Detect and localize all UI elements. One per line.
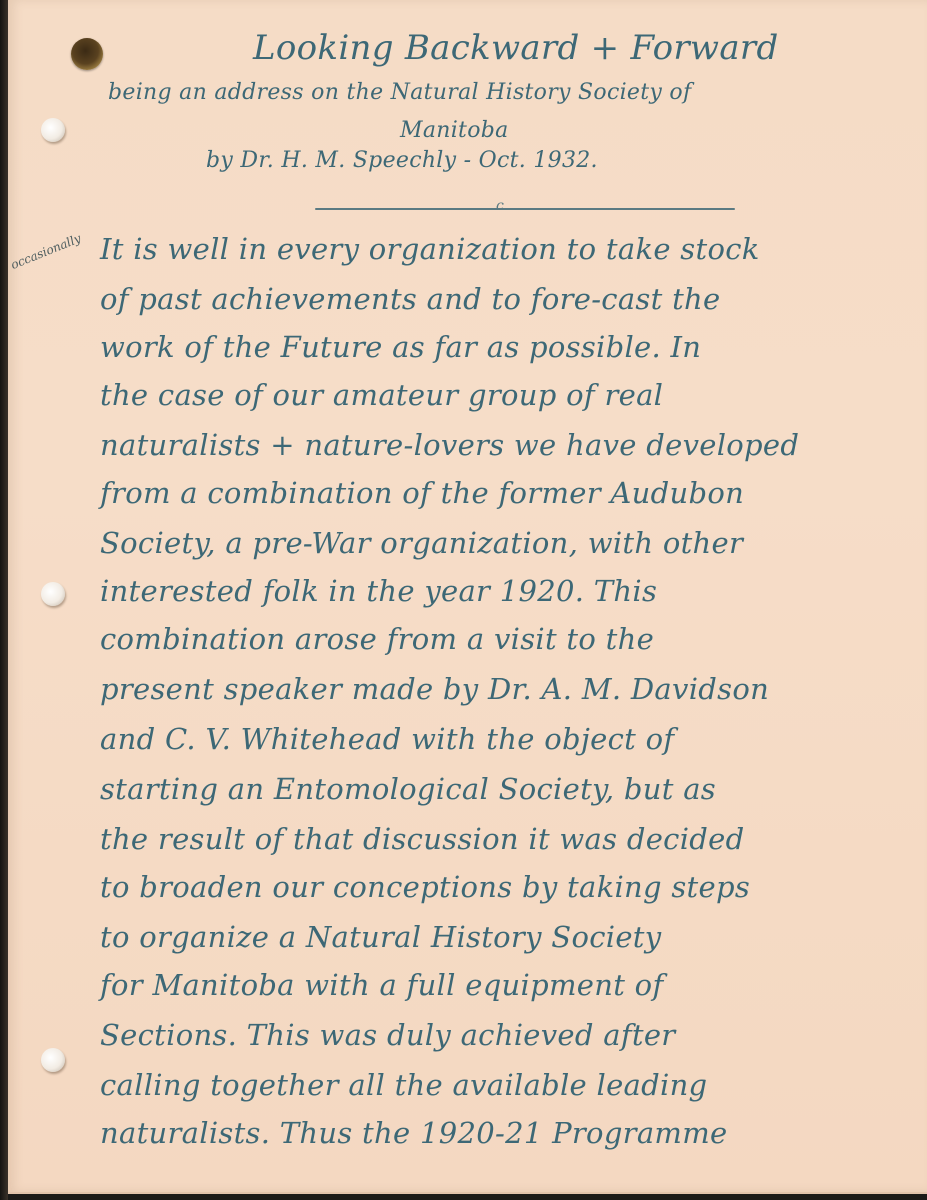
document-subtitle: being an address on the Natural History … — [108, 80, 691, 105]
body-line: starting an Entomological Society, but a… — [100, 772, 716, 806]
page-left-edge — [0, 0, 8, 1200]
body-line: Society, a pre-War organization, with ot… — [100, 526, 743, 560]
body-line: the case of our amateur group of real — [100, 378, 663, 412]
document-byline: by Dr. H. M. Speechly - Oct. 1932. — [206, 148, 598, 173]
body-line: to organize a Natural History Society — [100, 920, 661, 954]
body-line: the result of that discussion it was dec… — [100, 822, 744, 856]
punch-hole-bottom — [41, 1048, 65, 1072]
body-line: present speaker made by Dr. A. M. Davids… — [100, 672, 769, 706]
body-line: from a combination of the former Audubon — [100, 476, 744, 510]
body-line: combination arose from a visit to the — [100, 622, 654, 656]
body-line: for Manitoba with a full equipment of — [100, 968, 663, 1002]
body-line: work of the Future as far as possible. I… — [100, 330, 701, 364]
document-place: Manitoba — [400, 118, 509, 143]
body-line: naturalists. Thus the 1920-21 Programme — [100, 1116, 728, 1150]
punch-hole-top — [41, 118, 65, 142]
title-divider — [315, 208, 735, 210]
margin-insertion-note: occasionally — [9, 231, 83, 272]
document-title: Looking Backward + Forward — [253, 28, 779, 68]
punch-hole-middle — [41, 582, 65, 606]
body-line: Sections. This was duly achieved after — [100, 1018, 675, 1052]
body-line: to broaden our conceptions by taking ste… — [100, 870, 750, 904]
body-line: of past achievements and to fore-cast th… — [100, 282, 720, 316]
body-line: It is well in every organization to take… — [100, 232, 760, 266]
body-line: interested folk in the year 1920. This — [100, 574, 657, 608]
brass-eyelet — [71, 38, 103, 70]
body-line: and C. V. Whitehead with the object of — [100, 722, 674, 756]
body-line: calling together all the available leadi… — [100, 1068, 707, 1102]
body-line: naturalists + nature-lovers we have deve… — [100, 428, 799, 462]
divider-flourish: c. — [496, 198, 508, 214]
manuscript-page: Looking Backward + Forward being an addr… — [8, 0, 927, 1194]
